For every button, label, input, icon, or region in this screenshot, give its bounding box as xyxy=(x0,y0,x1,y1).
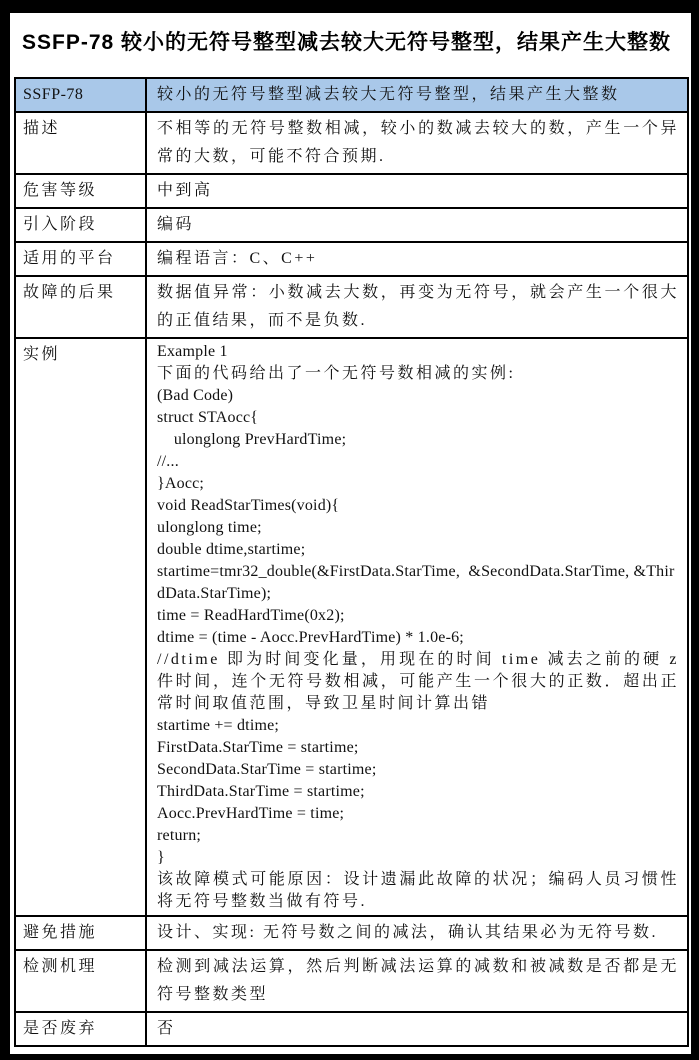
row-label-cell: 危害等级 xyxy=(15,174,146,208)
code-line: ulonglong time; xyxy=(157,517,679,539)
table-row: 描述不相等的无符号整数相减，较小的数减去较大的数，产生一个异常的大数，可能不符合… xyxy=(15,112,688,174)
code-line: } xyxy=(157,847,679,869)
table-row: 适用的平台编程语言：C、C++ xyxy=(15,242,688,276)
page-frame: SSFP-78 较小的无符号整型减去较大无符号整型，结果产生大整数 SSFP-7… xyxy=(0,0,699,1060)
row-value-cell: 检测到减法运算，然后判断减法运算的减数和被减数是否都是无符号整数类型 xyxy=(146,950,688,1012)
table-row: 检测机理检测到减法运算，然后判断减法运算的减数和被减数是否都是无符号整数类型 xyxy=(15,950,688,1012)
table-row: 引入阶段编码 xyxy=(15,208,688,242)
code-line: time = ReadHardTime(0x2); xyxy=(157,605,679,627)
row-label-cell: 适用的平台 xyxy=(15,242,146,276)
code-line: void ReadStarTimes(void){ xyxy=(157,495,679,517)
table-row: 危害等级中到高 xyxy=(15,174,688,208)
row-label-cell: 是否废弃 xyxy=(15,1012,146,1046)
table-row: 故障的后果数据值异常：小数减去大数，再变为无符号，就会产生一个很大的正值结果，而… xyxy=(15,276,688,338)
row-label-cell: 避免措施 xyxy=(15,916,146,950)
table-header-row: SSFP-78较小的无符号整型减去较大无符号整型，结果产生大整数 xyxy=(15,78,688,112)
page-title: SSFP-78 较小的无符号整型减去较大无符号整型，结果产生大整数 xyxy=(22,26,687,60)
fault-summary-cell: 较小的无符号整型减去较大无符号整型，结果产生大整数 xyxy=(146,78,688,112)
code-line: dtime = (time - Aocc.PrevHardTime) * 1.0… xyxy=(157,627,679,649)
row-value-cell: 编程语言：C、C++ xyxy=(146,242,688,276)
code-line: struct STAocc{ xyxy=(157,407,679,429)
row-label-cell: 引入阶段 xyxy=(15,208,146,242)
code-line: return; xyxy=(157,825,679,847)
fault-id-cell: SSFP-78 xyxy=(15,78,146,112)
code-line: double dtime,startime; xyxy=(157,539,679,561)
row-value-cell: 否 xyxy=(146,1012,688,1046)
table-row: 是否废弃否 xyxy=(15,1012,688,1046)
row-label-cell: 故障的后果 xyxy=(15,276,146,338)
row-value-cell: 设计、实现: 无符号数之间的减法，确认其结果必为无符号数. xyxy=(146,916,688,950)
code-line: startime=tmr32_double(&FirstData.StarTim… xyxy=(157,561,679,605)
code-line: Example 1 xyxy=(157,341,679,363)
code-line: //... xyxy=(157,451,679,473)
row-value-cell: Example 1下面的代码给出了一个无符号数相减的实例:(Bad Code)s… xyxy=(146,338,688,916)
code-line: 该故障模式可能原因：设计遗漏此故障的状况；编码人员习惯性将无符号整数当做有符号. xyxy=(157,869,679,913)
row-label-cell: 实例 xyxy=(15,338,146,916)
row-label-cell: 检测机理 xyxy=(15,950,146,1012)
row-value-cell: 编码 xyxy=(146,208,688,242)
code-line: 下面的代码给出了一个无符号数相减的实例: xyxy=(157,363,679,385)
code-line: startime += dtime; xyxy=(157,715,679,737)
row-value-cell: 中到高 xyxy=(146,174,688,208)
row-label-cell: 描述 xyxy=(15,112,146,174)
code-line: }Aocc; xyxy=(157,473,679,495)
code-line: FirstData.StarTime = startime; xyxy=(157,737,679,759)
code-line: SecondData.StarTime = startime; xyxy=(157,759,679,781)
code-line: ulonglong PrevHardTime; xyxy=(157,429,679,451)
code-line: ThirdData.StarTime = startime; xyxy=(157,781,679,803)
code-line: Aocc.PrevHardTime = time; xyxy=(157,803,679,825)
row-value-cell: 不相等的无符号整数相减，较小的数减去较大的数，产生一个异常的大数，可能不符合预期… xyxy=(146,112,688,174)
fault-table: SSFP-78较小的无符号整型减去较大无符号整型，结果产生大整数描述不相等的无符… xyxy=(14,77,689,1047)
table-row: 实例Example 1下面的代码给出了一个无符号数相减的实例:(Bad Code… xyxy=(15,338,688,916)
code-line: (Bad Code) xyxy=(157,385,679,407)
row-value-cell: 数据值异常：小数减去大数，再变为无符号，就会产生一个很大的正值结果，而不是负数. xyxy=(146,276,688,338)
code-line: //dtime 即为时间变化量，用现在的时间 time 减去之前的硬 z 件时间… xyxy=(157,649,679,715)
document-page: SSFP-78 较小的无符号整型减去较大无符号整型，结果产生大整数 SSFP-7… xyxy=(10,13,691,1054)
fault-table-body: SSFP-78较小的无符号整型减去较大无符号整型，结果产生大整数描述不相等的无符… xyxy=(15,78,688,1046)
table-row: 避免措施设计、实现: 无符号数之间的减法，确认其结果必为无符号数. xyxy=(15,916,688,950)
